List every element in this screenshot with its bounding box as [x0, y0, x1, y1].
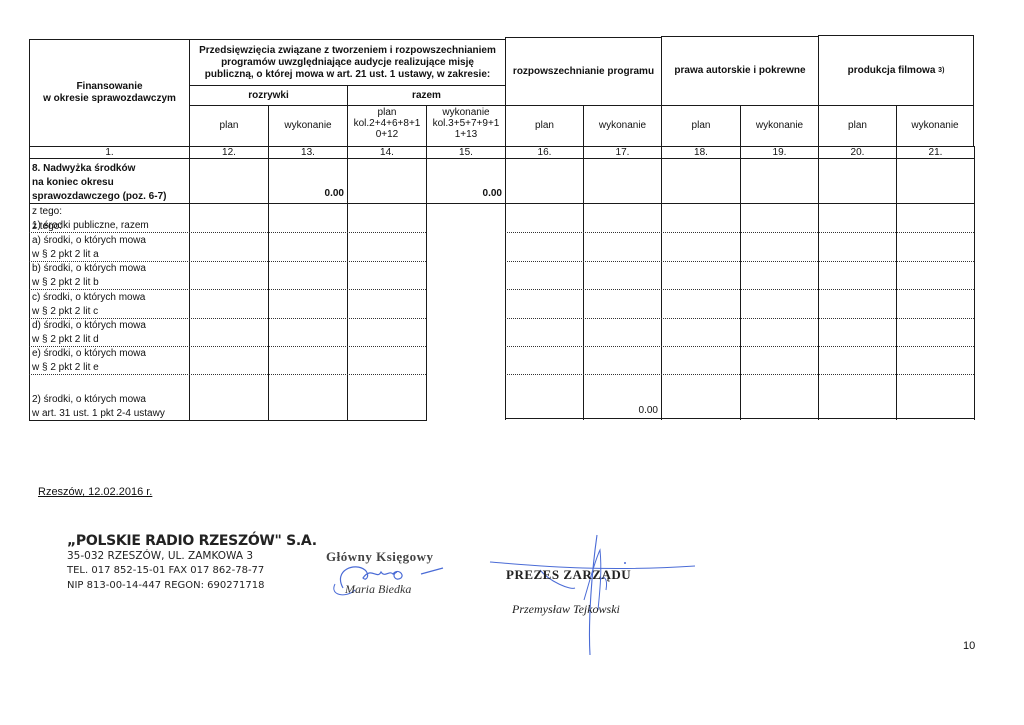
- row-label: d) środki, o których mowa w § 2 pkt 2 li…: [30, 319, 188, 347]
- column-border: [818, 158, 819, 203]
- row-label: c) środki, o których mowa w § 2 pkt 2 li…: [30, 290, 188, 319]
- dotted-separator: [29, 261, 426, 262]
- column-border: [974, 158, 975, 203]
- header-film-plan: plan: [818, 105, 897, 147]
- column-border: [29, 158, 30, 203]
- column-border: [268, 158, 269, 203]
- president-name: Przemysław Tejkowski: [512, 602, 620, 617]
- row-border: [29, 420, 427, 421]
- header-copyrights: prawa autorskie i pokrewne: [661, 36, 819, 106]
- header-distribution-execution: wykonanie: [583, 105, 662, 147]
- header-mission-group: Przedsięwzięcia związane z tworzeniem i …: [189, 39, 506, 86]
- column-border: [661, 158, 662, 203]
- column-border: [818, 203, 819, 420]
- place-date: Rzeszów, 12.02.2016 r.: [38, 486, 152, 498]
- dotted-separator: [29, 374, 426, 375]
- column-border: [583, 203, 584, 420]
- dotted-separator: [505, 374, 974, 375]
- stamp-phone: TEL. 017 852-15-01 FAX 017 862-78-77: [67, 565, 264, 576]
- column-border: [29, 203, 30, 420]
- column-border: [189, 203, 190, 420]
- header-entertainment: rozrywki: [189, 85, 348, 106]
- president-signature-icon: [480, 530, 720, 655]
- header-total-plan: plan kol.2+4+6+8+1 0+12: [347, 105, 427, 147]
- header-total: razem: [347, 85, 506, 106]
- column-border: [505, 203, 506, 420]
- dotted-separator: [505, 261, 974, 262]
- column-border: [896, 158, 897, 203]
- dotted-separator: [505, 289, 974, 290]
- header-copyrights-execution: wykonanie: [740, 105, 819, 147]
- column-border: [426, 203, 427, 420]
- row-label: e) środki, o których mowa w § 2 pkt 2 li…: [30, 347, 188, 375]
- stamp-address: 35-032 RZESZÓW, UL. ZAMKOWA 3: [67, 550, 253, 562]
- president-title: PREZES ZARZĄDU: [506, 567, 631, 583]
- stamp-company: „POLSKIE RADIO RZESZÓW" S.A.: [67, 533, 317, 549]
- table-cell-col-15: 0.00: [426, 188, 502, 199]
- dotted-separator: [505, 318, 974, 319]
- header-distribution-plan: plan: [505, 105, 584, 147]
- column-border: [740, 203, 741, 420]
- header-entertainment-plan: plan: [189, 105, 269, 147]
- stamp-ids: NIP 813-00-14-447 REGON: 690271718: [67, 580, 264, 591]
- header-financing: Finansowanie w okresie sprawozdawczym: [29, 39, 190, 147]
- row-label: b) środki, o których mowa w § 2 pkt 2 li…: [30, 262, 188, 290]
- column-border: [426, 158, 427, 203]
- column-border: [896, 203, 897, 420]
- dotted-separator: [505, 346, 974, 347]
- accountant-name: Maria Biedka: [345, 582, 411, 597]
- row-label: 8. Nadwyżka środków na koniec okresu spr…: [30, 159, 188, 204]
- dotted-separator: [505, 232, 974, 233]
- header-film-execution: wykonanie: [896, 105, 974, 147]
- row-border: [29, 203, 974, 204]
- row-border: [505, 418, 974, 419]
- column-border: [740, 158, 741, 203]
- header-entertainment-execution: wykonanie: [268, 105, 348, 147]
- dotted-separator: [29, 318, 426, 319]
- column-border: [189, 158, 190, 203]
- column-border: [974, 203, 975, 420]
- table-cell-col-17: 0.00: [583, 405, 658, 416]
- header-copyrights-plan: plan: [661, 105, 741, 147]
- dotted-separator: [29, 346, 426, 347]
- column-border: [347, 158, 348, 203]
- page-number: 10: [963, 640, 975, 652]
- row-label: z tego: a) środki, o których mowa w § 2 …: [30, 233, 188, 262]
- column-border: [661, 203, 662, 420]
- column-border: [347, 203, 348, 420]
- header-distribution: rozpowszechnianie programu: [505, 37, 662, 106]
- header-total-execution: wykonanie kol.3+5+7+9+1 1+13: [426, 105, 506, 147]
- row-border: [29, 158, 974, 159]
- column-border: [505, 158, 506, 203]
- column-border: [268, 203, 269, 420]
- column-border: [583, 158, 584, 203]
- header-film-production: produkcja filmowa 3): [818, 35, 974, 106]
- table-cell-col-13: 0.00: [268, 188, 344, 199]
- dotted-separator: [29, 232, 426, 233]
- row-label: 2) środki, o których mowa w art. 31 ust.…: [30, 375, 188, 421]
- dotted-separator: [29, 289, 426, 290]
